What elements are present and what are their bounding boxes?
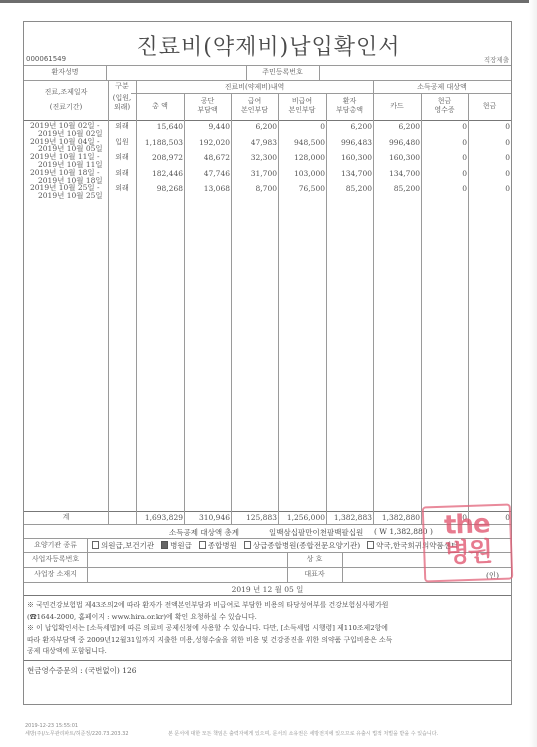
rule [24, 582, 511, 583]
note-line: ※ 이 납입확인서는 [소득세법]에 따른 의료비 공제신청에 사용할 수 있습… [27, 622, 388, 632]
row-visit-type: 입원 [108, 138, 136, 147]
row-public: 13,068 [184, 184, 230, 193]
row-cash: 0 [468, 169, 510, 178]
row-card: 6,200 [373, 122, 420, 131]
col-card: 카드 [373, 102, 421, 111]
rrn-label: 주민등록번호 [246, 68, 319, 77]
col-public: 공단 [184, 97, 231, 106]
row-total: 208,972 [136, 153, 183, 162]
row-copay: 6,200 [231, 122, 277, 131]
totals-card: 1,382,880 [373, 513, 420, 522]
col-cash-receipt-sub: 영수증 [421, 106, 468, 115]
document-number: 000061549 [26, 55, 66, 63]
address-label: 사업장 소재지 [24, 570, 87, 579]
rule [108, 80, 109, 524]
col-copay-sub: 본인부담 [231, 106, 278, 115]
row-end-date: 2019년 10월 25일 [38, 192, 103, 200]
facility-option[interactable]: 상급종합병원(종합전문요양기관) [244, 541, 360, 550]
note-line: ※ 국민건강보험법 제43조의2에 따라 환자가 전액본인부담과 비급여로 부담… [27, 599, 388, 609]
rule [24, 80, 511, 81]
row-noncovered: 948,500 [278, 138, 325, 147]
row-total: 15,640 [136, 122, 183, 131]
row-patient: 85,200 [326, 184, 372, 193]
facility-option-label: 종합병원 [208, 541, 237, 550]
row-cash-receipt: 0 [421, 153, 467, 162]
row-cash: 0 [468, 122, 510, 131]
facility-option[interactable]: 종합병원 [199, 541, 237, 550]
row-card: 134,700 [373, 169, 420, 178]
receipt-document: 진료비(약제비)납입확인서 000061549 직장제출 환자성명 주민등록번호… [23, 21, 512, 705]
row-noncovered: 103,000 [278, 169, 325, 178]
row-cash-receipt: 0 [421, 169, 467, 178]
totals-noncovered: 1,256,000 [278, 513, 325, 522]
rule [373, 80, 374, 524]
stamp-line-2: 병원 [425, 538, 511, 569]
facility-option[interactable]: 병원급 [161, 541, 192, 550]
print-disclaimer: 본 문서에 대한 모든 책임은 출력자에게 있으며, 문서의 소유권은 세방전지… [168, 730, 438, 737]
facility-option-label: 의원급,보건기관 [101, 541, 154, 550]
facility-option-label: 병원급 [170, 541, 192, 550]
col-total: 총 액 [136, 102, 184, 111]
row-total: 182,446 [136, 169, 183, 178]
deduction-total-korean: 일백삼십팔만이천팔백팔십원 [269, 527, 363, 538]
row-total: 98,268 [136, 184, 183, 193]
row-cash: 0 [468, 138, 510, 147]
col-cash: 현금 [468, 102, 511, 111]
document-title: 진료비(약제비)납입확인서 [24, 30, 513, 61]
hospital-seal-stamp: the 병원 [422, 503, 514, 582]
totals-label: 계 [24, 513, 108, 522]
date-header: 진료,조제일자 [24, 88, 108, 97]
rule [87, 538, 88, 582]
col-copay: 급여 [231, 97, 278, 106]
row-noncovered: 76,500 [278, 184, 325, 193]
row-card: 85,200 [373, 184, 420, 193]
representative-label: 대표자 [287, 570, 342, 579]
date-header-sub: (진료기간) [24, 103, 108, 112]
col-cash-receipt: 현금 [421, 97, 468, 106]
row-noncovered: 0 [278, 122, 325, 131]
submission-type: 직장제출 [484, 55, 509, 64]
row-copay: 8,700 [231, 184, 277, 193]
rule [136, 80, 137, 524]
col-patient-sub: 부담총액 [326, 106, 373, 115]
rule [342, 552, 343, 582]
deduction-total-label: 소득공제 대상액 총계 [169, 527, 239, 538]
rule [319, 65, 320, 80]
cash-receipt-inquiry: 현금영수증문의 : (국번없이) 126 [27, 665, 137, 676]
note-line: 공제 대상액에 포함됩니다. [27, 645, 107, 655]
row-visit-type: 외래 [108, 153, 136, 162]
row-public: 47,746 [184, 169, 230, 178]
row-visit-type: 외래 [108, 169, 136, 178]
issue-date: 2019 년 12 월 05 일 [24, 585, 511, 594]
row-copay: 32,300 [231, 153, 277, 162]
row-cash-receipt: 0 [421, 184, 467, 193]
checkbox-checked-icon[interactable] [161, 541, 168, 549]
rule [24, 660, 511, 661]
costs-group-header: 진료비(약제비)내역 [136, 83, 373, 92]
col-noncovered: 비급여 [278, 97, 326, 106]
totals-copay: 125,883 [231, 513, 277, 522]
facility-option[interactable]: 의원급,보건기관 [92, 541, 154, 550]
deduction-group-header: 소득공제 대상액 [373, 83, 511, 92]
facility-type-label: 요양기관 종류 [24, 541, 87, 550]
scan-top-edge [0, 0, 537, 3]
row-public: 48,672 [184, 153, 230, 162]
row-public: 192,020 [184, 138, 230, 147]
checkbox-empty-icon[interactable] [92, 541, 99, 549]
type-header-sub1: (입원, [108, 94, 136, 103]
row-copay: 31,700 [231, 169, 277, 178]
row-total: 1,188,503 [136, 138, 183, 147]
row-cash-receipt: 0 [421, 138, 467, 147]
print-issuer: 세방(주)/노무관리파트/허준정/220.73.203.32 [25, 730, 129, 737]
row-patient: 996,483 [326, 138, 372, 147]
checkbox-empty-icon[interactable] [244, 541, 251, 549]
row-public: 9,440 [184, 122, 230, 131]
row-patient: 134,700 [326, 169, 372, 178]
patient-name-label: 환자성명 [24, 68, 106, 77]
rule [24, 65, 511, 66]
totals-total: 1,693,829 [136, 513, 183, 522]
facility-option-label: 상급종합병원(종합전문요양기관) [253, 541, 360, 550]
facility-type-options: 의원급,보건기관병원급종합병원상급종합병원(종합전문요양기관)약국,한국희귀의약… [92, 540, 465, 551]
row-patient: 6,200 [326, 122, 372, 131]
totals-public: 310,946 [184, 513, 230, 522]
row-copay: 47,983 [231, 138, 277, 147]
row-noncovered: 128,000 [278, 153, 325, 162]
row-patient: 160,300 [326, 153, 372, 162]
row-card: 996,480 [373, 138, 420, 147]
row-visit-type: 외래 [108, 122, 136, 131]
rule [131, 93, 511, 94]
col-public-sub: 부담액 [184, 106, 231, 115]
type-header-sub2: 외래) [108, 103, 136, 112]
row-card: 160,300 [373, 153, 420, 162]
row-cash-receipt: 0 [421, 122, 467, 131]
scan-right-edge [529, 0, 537, 747]
company-label: 상 호 [287, 555, 342, 564]
type-header: 구분 [108, 82, 136, 91]
col-noncovered-sub: 본인부담 [278, 106, 326, 115]
print-timestamp: 2019-12-23 15:55:01 [25, 723, 78, 729]
note-line: 따라 환자부담액 중 2009년12월31일까지 지출한 미용,성형수술을 위한… [27, 634, 392, 644]
note-line: (☎1644-2000, 홈페이지 : www.hira.or.kr)에 확인 … [27, 611, 257, 621]
row-visit-type: 외래 [108, 184, 136, 193]
checkbox-empty-icon[interactable] [199, 541, 206, 549]
col-patient: 환자 [326, 97, 373, 106]
rule [106, 65, 107, 80]
totals-patient: 1,382,883 [326, 513, 372, 522]
checkbox-empty-icon[interactable] [367, 541, 374, 549]
row-cash: 0 [468, 153, 510, 162]
rule [24, 595, 511, 596]
stamp-line-1: the [424, 510, 510, 541]
row-cash: 0 [468, 184, 510, 193]
business-reg-label: 사업자등록번호 [24, 555, 87, 564]
